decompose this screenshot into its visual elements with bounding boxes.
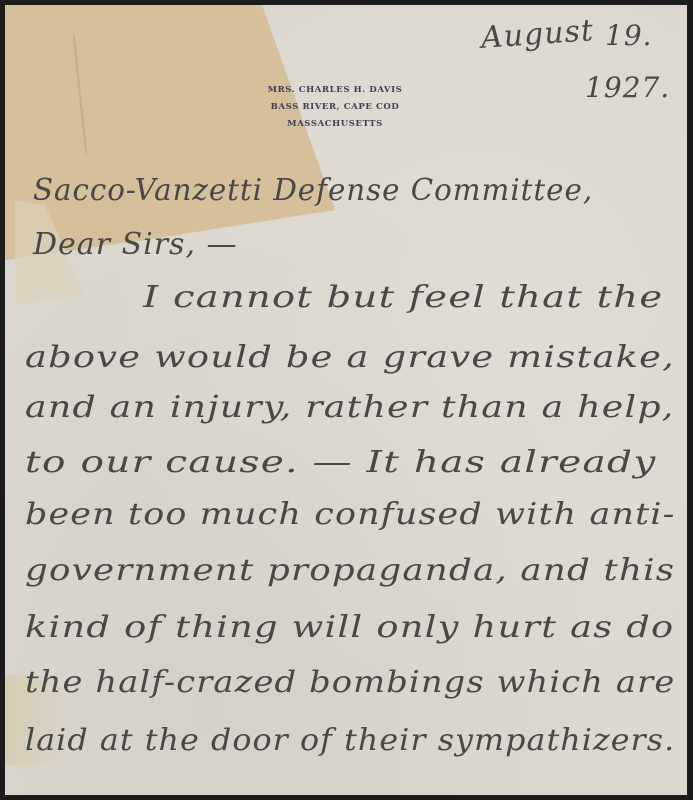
body-line: been too much confused with anti-: [25, 497, 676, 532]
date-month: August: [480, 13, 595, 56]
body-line: and an injury, rather than a help,: [25, 390, 675, 425]
letterhead-address-line2: Massachusetts: [260, 116, 410, 133]
body-line: kind of thing will only hurt as do: [25, 610, 674, 645]
salutation: Dear Sirs, —: [33, 227, 238, 262]
letter-paper: Mrs. Charles H. Davis Bass River, Cape C…: [5, 5, 687, 795]
recipient-line: Sacco-Vanzetti Defense Committee,: [33, 173, 593, 208]
letterhead-address-line1: Bass River, Cape Cod: [260, 99, 410, 116]
body-line: I cannot but feel that the: [143, 280, 663, 315]
scan-frame: Mrs. Charles H. Davis Bass River, Cape C…: [0, 0, 693, 800]
body-line: above would be a grave mistake,: [25, 340, 675, 375]
letterhead: Mrs. Charles H. Davis Bass River, Cape C…: [260, 82, 410, 133]
date-year: 1927.: [585, 71, 670, 104]
body-line: to our cause. — It has already: [25, 445, 657, 480]
body-line: laid at the door of their sympathizers.: [25, 723, 675, 758]
body-line: the half-crazed bombings which are: [25, 665, 675, 700]
body-line: government propaganda, and this: [25, 553, 675, 588]
letterhead-name: Mrs. Charles H. Davis: [260, 82, 410, 99]
date-day: 19.: [605, 19, 653, 52]
